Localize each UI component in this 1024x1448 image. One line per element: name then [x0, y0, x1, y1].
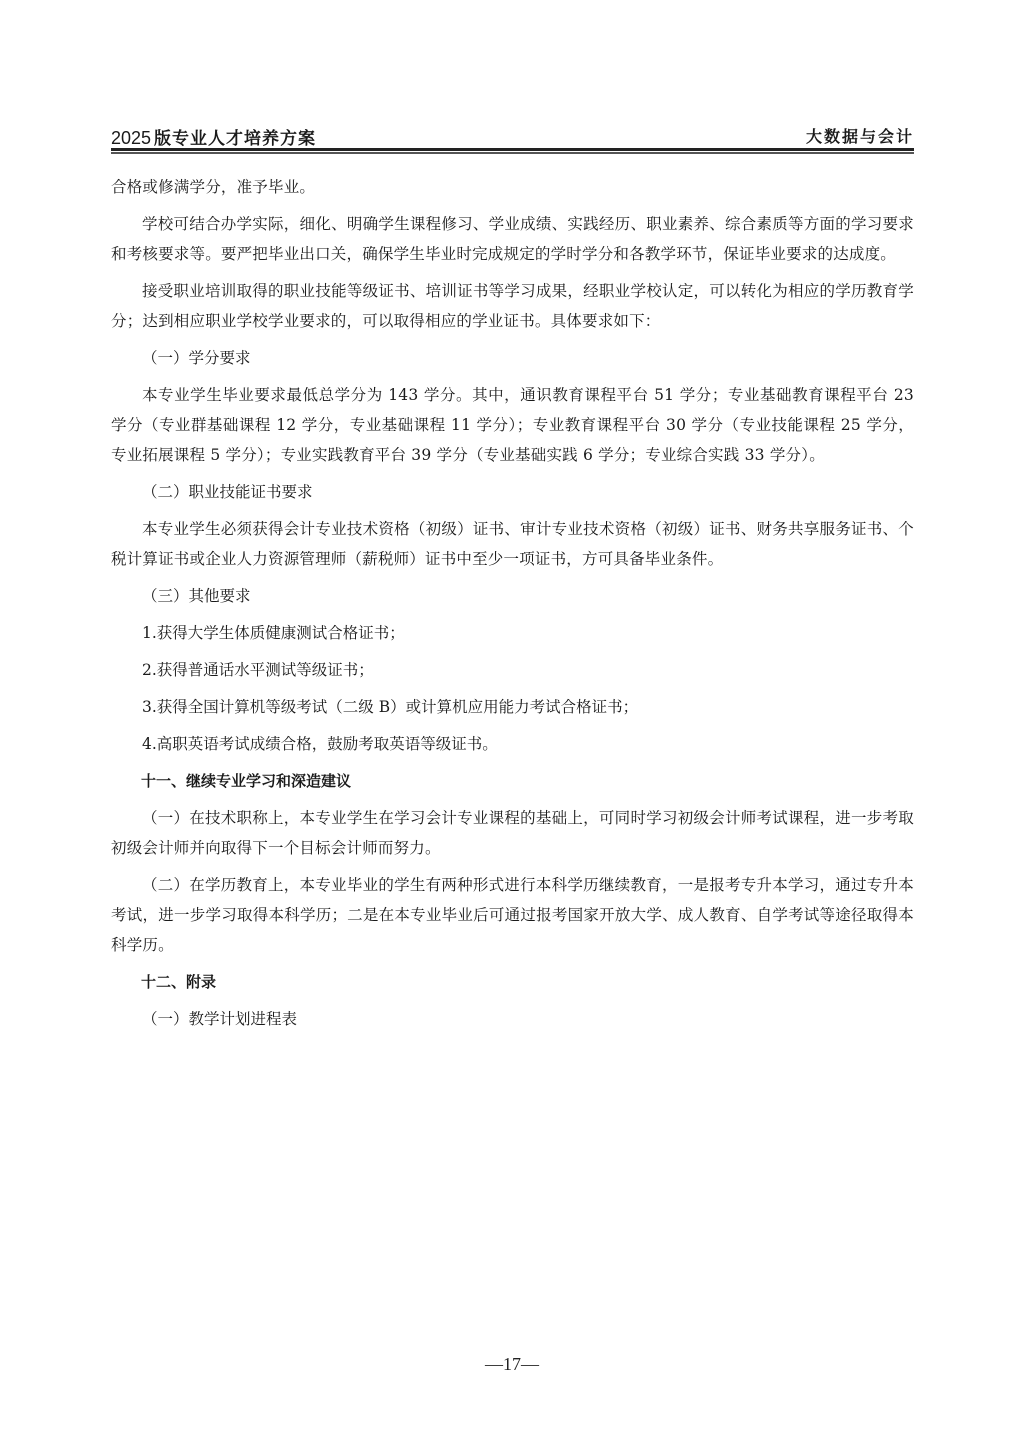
- section-heading-further-study: 十一、继续专业学习和深造建议: [111, 766, 914, 796]
- paragraph-professional-title: （一）在技术职称上，本专业学生在学习会计专业课程的基础上，可同时学习初级会计师考…: [111, 803, 914, 863]
- list-item: 1.获得大学生体质健康测试合格证书；: [111, 618, 914, 648]
- subheading-skill-certificates: （二）职业技能证书要求: [111, 477, 914, 507]
- paragraph-graduation-requirements: 学校可结合办学实际，细化、明确学生课程修习、学业成绩、实践经历、职业素养、综合素…: [111, 209, 914, 269]
- subheading-other-requirements: （三）其他要求: [111, 581, 914, 611]
- paragraph-continuation: 合格或修满学分，准予毕业。: [111, 172, 914, 202]
- header-document-title: 2025版专业人才培养方案: [111, 124, 316, 149]
- paragraph-credit-details: 本专业学生毕业要求最低总学分为 143 学分。其中，通识教育课程平台 51 学分…: [111, 380, 914, 470]
- list-item: 2.获得普通话水平测试等级证书；: [111, 655, 914, 685]
- header-divider-thin: [111, 152, 914, 154]
- header-year: 2025: [111, 128, 151, 148]
- document-body: 合格或修满学分，准予毕业。 学校可结合办学实际，细化、明确学生课程修习、学业成绩…: [111, 172, 914, 1041]
- subheading-credit-requirements: （一）学分要求: [111, 343, 914, 373]
- page-header: 2025版专业人才培养方案 大数据与会计: [111, 122, 914, 148]
- header-divider-thick: [111, 148, 914, 151]
- page-number: —17—: [0, 1354, 1024, 1375]
- subheading-teaching-plan: （一）教学计划进程表: [111, 1004, 914, 1034]
- header-major-name: 大数据与会计: [806, 124, 914, 147]
- header-divider: [111, 148, 914, 154]
- paragraph-skill-certificates: 本专业学生必须获得会计专业技术资格（初级）证书、审计专业技术资格（初级）证书、财…: [111, 514, 914, 574]
- list-item: 3.获得全国计算机等级考试（二级 B）或计算机应用能力考试合格证书；: [111, 692, 914, 722]
- header-title-text: 版专业人才培养方案: [154, 129, 316, 149]
- list-item: 4.高职英语考试成绩合格，鼓励考取英语等级证书。: [111, 729, 914, 759]
- section-heading-appendix: 十二、附录: [111, 967, 914, 997]
- paragraph-degree-education: （二）在学历教育上，本专业毕业的学生有两种形式进行本科学历继续教育，一是报考专升…: [111, 870, 914, 960]
- paragraph-certificate-conversion: 接受职业培训取得的职业技能等级证书、培训证书等学习成果，经职业学校认定，可以转化…: [111, 276, 914, 336]
